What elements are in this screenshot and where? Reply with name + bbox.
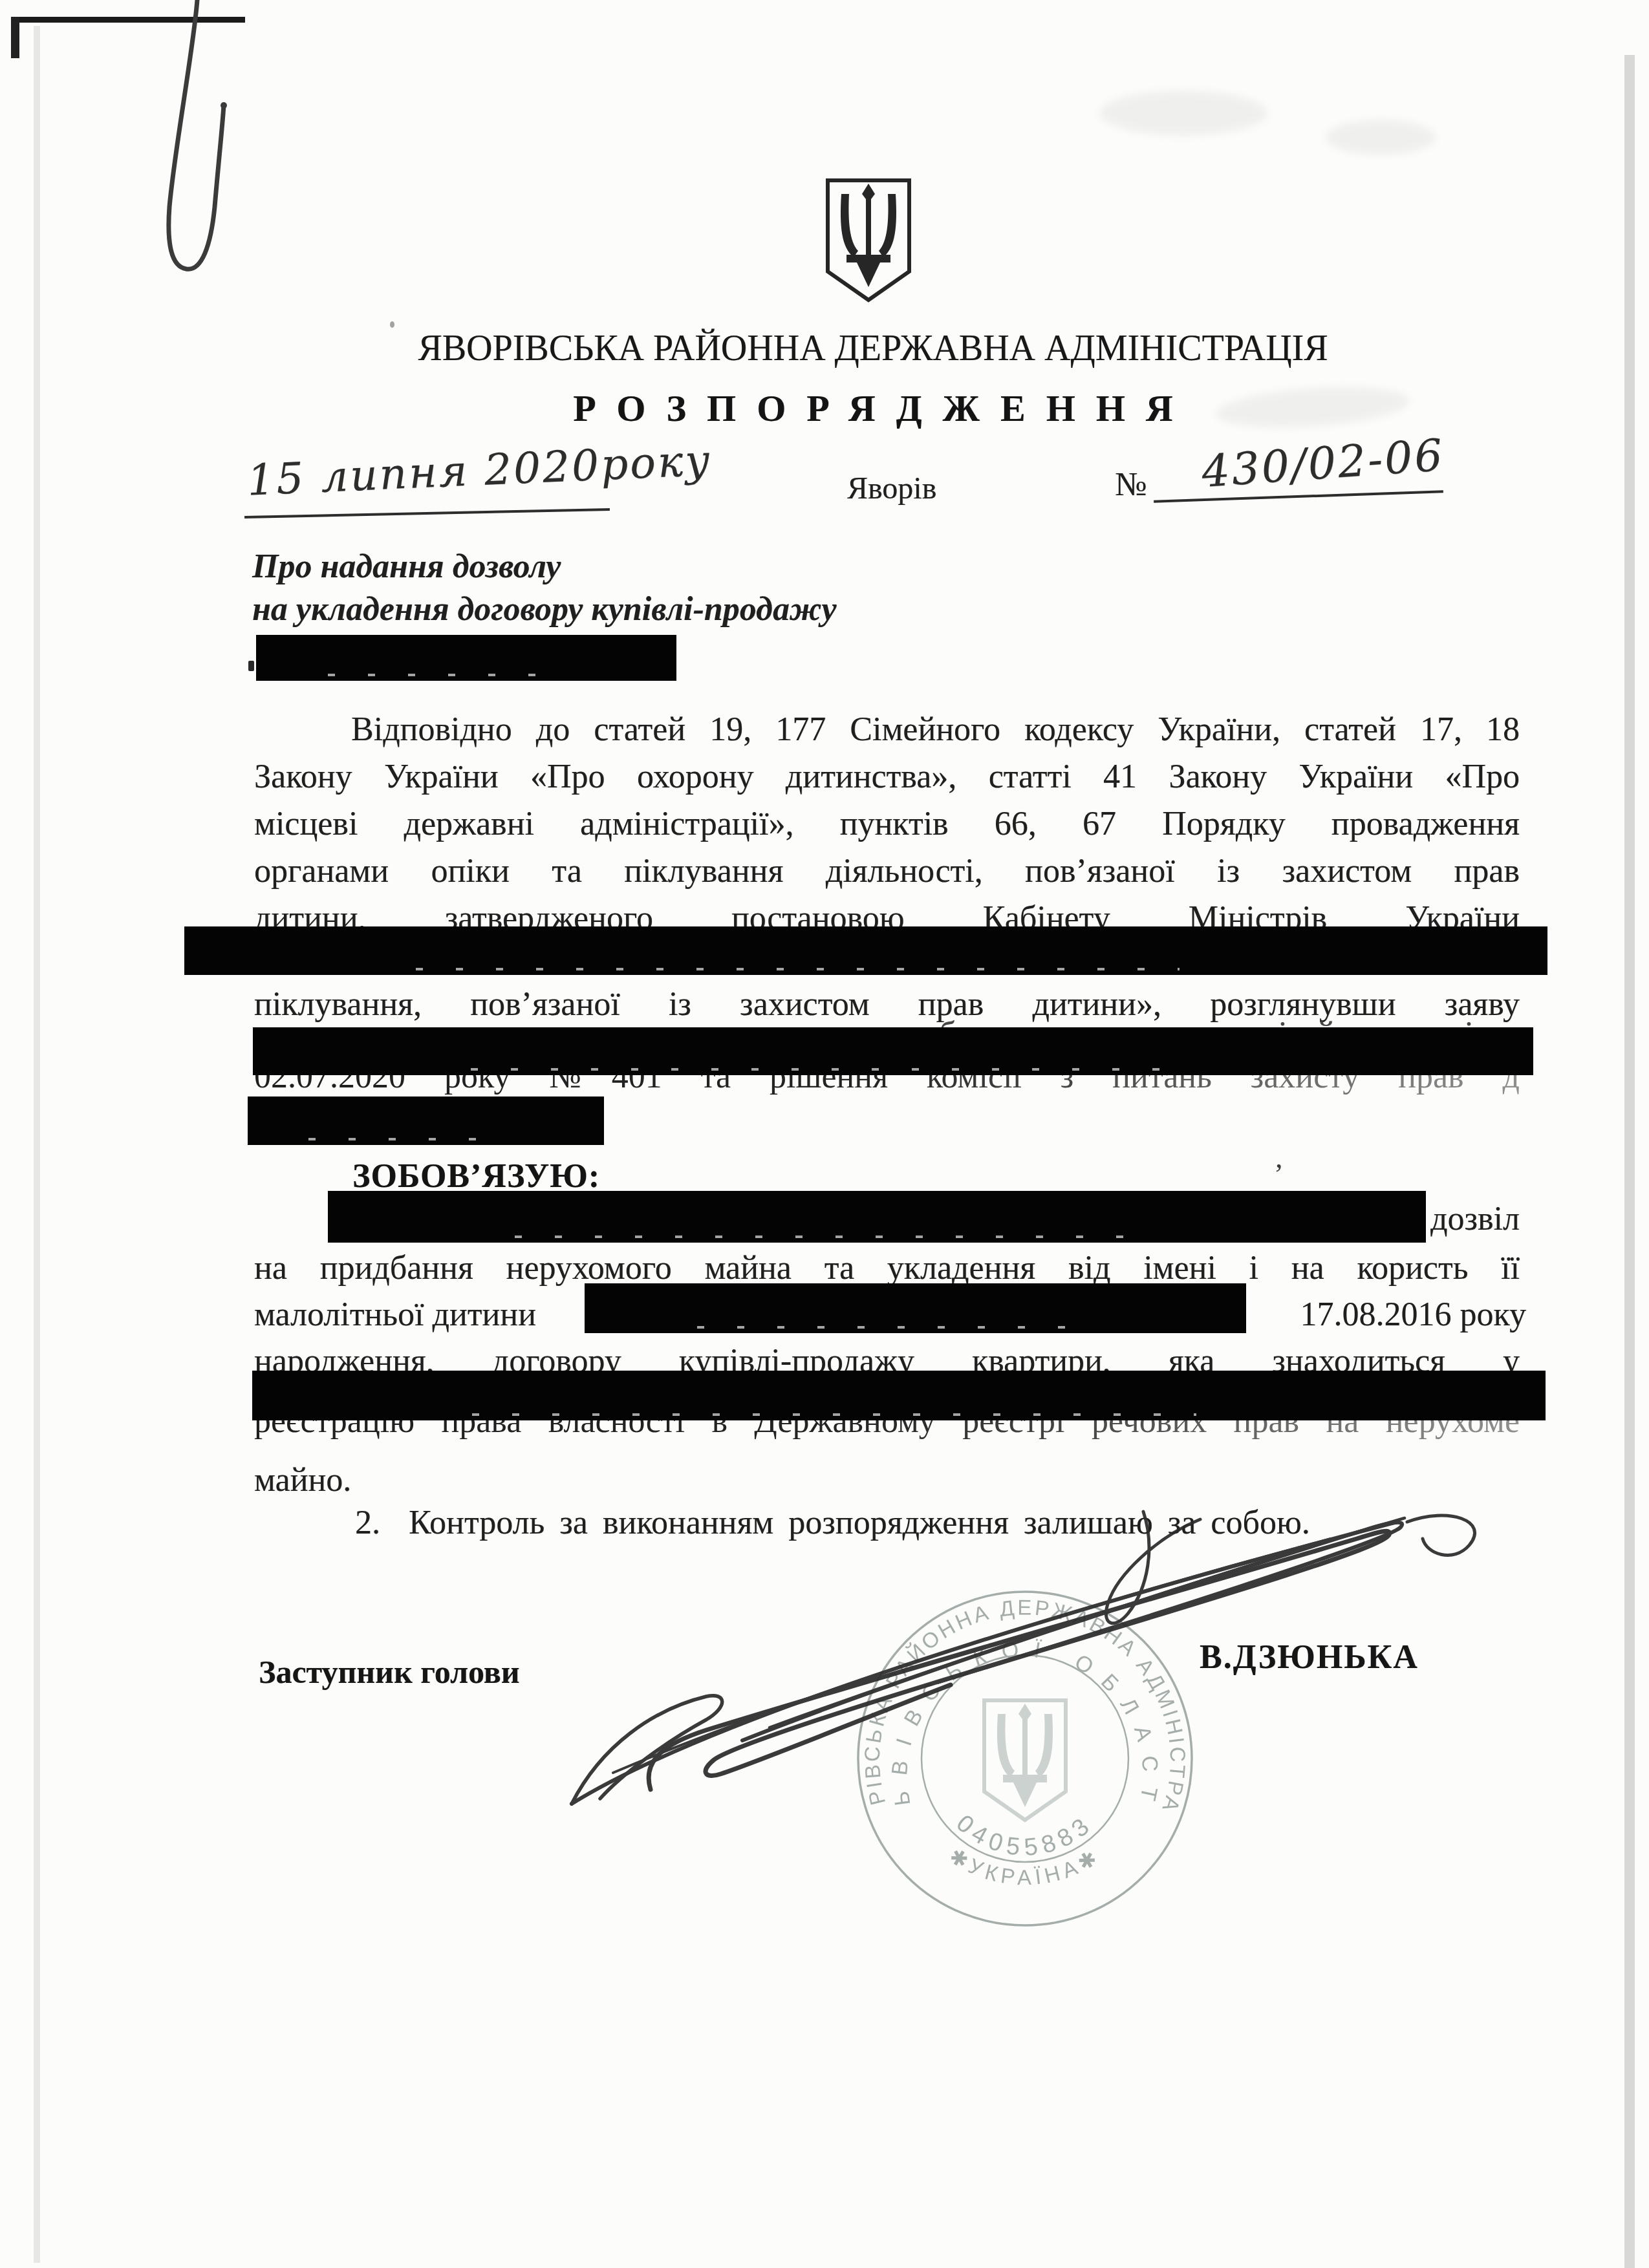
redaction-bar [328,1191,1426,1243]
number-label: № [1115,463,1147,507]
fragment-text: дітей [1261,1012,1335,1027]
subject-line-2: на укладення договору купівлі-продажу [252,588,836,632]
handwritten-date: 15 липня 2020року [246,438,713,502]
place-label: Яворів [847,467,936,511]
doc-type-title: РОЗПОРЯДЖЕННЯ [226,387,1520,431]
trident-emblem [823,176,914,305]
signature-scribble [530,1493,1539,1830]
page-right-edge-shadow [1624,55,1635,2268]
scan-corner-mark [11,17,19,58]
fragment-text: від [1449,1012,1491,1027]
redaction-bar [252,1371,1546,1420]
item-number: 2. [355,1504,380,1541]
body-paragraph-line: майно. [254,1459,351,1503]
clipped-text-fragments: б дітей від [905,1012,1526,1027]
subject-line-1: Про надання дозволу [252,545,561,589]
org-name-heading: ЯВОРІВСЬКА РАЙОННА ДЕРЖАВНА АДМІНІСТРАЦІ… [226,326,1520,370]
page-left-edge-shadow [34,26,40,2263]
birth-date-text: 17.08.2016 року [1261,1293,1526,1337]
bleedthrough-smudge [1326,120,1436,155]
signer-position-title: Заступник голови [259,1650,520,1694]
paperclip-icon [155,0,235,281]
bleedthrough-smudge [1099,91,1267,136]
fragment-text: б [939,1012,956,1027]
body-word-dozvil: дозвіл [1430,1197,1520,1241]
redaction-bar [253,1027,1533,1075]
stray-comma-mark [248,661,254,671]
number-underline [1154,490,1443,503]
body-paragraph-line: Закону України «Про охорону дитинства», … [254,755,1520,802]
body-paragraph-line: малолітньої дитини [254,1293,536,1337]
redaction-bar [184,926,1547,975]
date-underline [244,508,610,519]
redaction-bar [248,1097,604,1145]
redaction-bar [585,1283,1246,1333]
body-paragraph-line: місцеві державні адміністрації», пунктів… [254,802,1520,849]
redaction-bar [256,635,676,681]
body-paragraph-line: Відповідно до статей 19, 177 Сімейного к… [254,708,1520,754]
stray-apostrophe-mark: ’ [1274,1152,1284,1196]
handwritten-number: 430/02-06 [1200,434,1446,495]
body-paragraph-line: органами опіки та піклування діяльності,… [254,850,1520,896]
scanned-document-page: ЯВОРІВСЬКА РАЙОННА ДЕРЖАВНА АДМІНІСТРАЦІ… [0,0,1649,2268]
